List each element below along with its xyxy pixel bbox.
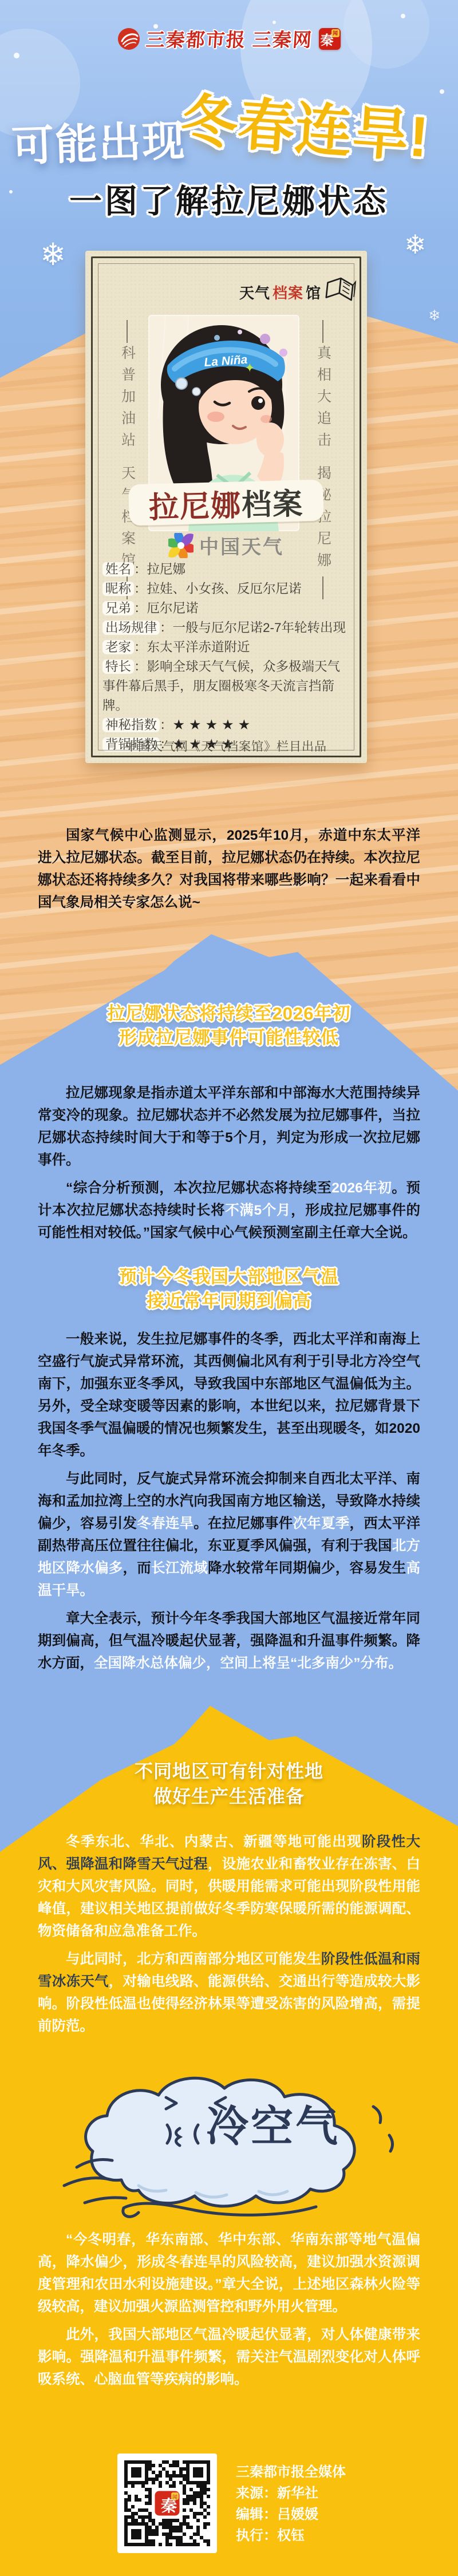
china-weather-name: 中国天气 xyxy=(199,531,284,559)
newspaper-logo-icon xyxy=(117,27,140,50)
svg-text:✦: ✦ xyxy=(244,361,255,375)
field-row: 出场规律：一般与厄尔尼诺2-7年轮转出现 xyxy=(102,618,351,638)
snow-dot xyxy=(440,89,444,94)
text-segment: 2026年初 xyxy=(331,1180,392,1196)
section3-closing-paragraphs: “今冬明春，华东南部、华中东部、华南东部等地气温偏高，降水偏少，形成冬春连旱的风… xyxy=(38,2229,420,2396)
profile-fields: 姓名：拉尼娜 昵称：拉娃、小女孩、反厄尔尼诺 兄弟：厄尔尼诺 出场规律：一般与厄… xyxy=(102,560,351,754)
qr-code-image: 秦 闻 xyxy=(117,2453,217,2553)
credit-line: 执行：权钰 xyxy=(236,2525,346,2546)
heading-line: 预计今冬我国大部地区气温 xyxy=(0,1265,458,1289)
caption-dash xyxy=(322,320,323,343)
field-row: 昵称：拉娃、小女孩、反厄尔尼诺 xyxy=(102,579,351,599)
text-segment: 长江流域 xyxy=(151,1560,208,1576)
text-segment: 冬春连旱 xyxy=(137,1516,194,1531)
text-segment: 此外，我国大部地区气温冷暖起伏显著，对人体健康带来影响。强降温和升温事件频繁，需… xyxy=(38,2327,420,2387)
paragraph: 拉尼娜现象是指赤道太平洋东部和中部海水大范围持续异常变冷的现象。拉尼娜状态并不必… xyxy=(38,1082,420,1171)
field-row: 姓名：拉尼娜 xyxy=(102,560,351,579)
credit-line: 三秦都市报全媒体 xyxy=(236,2462,346,2483)
footer-credits: 三秦都市报全媒体 来源：新华社 编辑：吕媛媛 执行：权钰 xyxy=(236,2462,346,2546)
intro-paragraphs: 国家气候中心监测显示，2025年10月，赤道中东太平洋进入拉尼娜状态。截至目前，… xyxy=(38,824,420,919)
masthead-seal: 秦 闻 xyxy=(319,28,341,50)
field-value: 影响全球天气气候，众多极端天气事件幕后黑手，朋友圈极寒冬天流言挡箭牌。 xyxy=(102,659,340,713)
heading-line: 不同地区可有针对性地 xyxy=(0,1759,458,1784)
text-segment: ，而 xyxy=(123,1560,152,1576)
field-label: 兄弟 xyxy=(102,601,134,615)
snow-dot xyxy=(14,53,19,58)
field-label: 神秘指数 xyxy=(102,718,160,732)
field-label: 出场规律 xyxy=(102,621,160,635)
card-title-plate: 拉尼娜档案 xyxy=(128,480,324,526)
hero-subtitle: 一图了解拉尼娜状态 xyxy=(0,175,458,222)
archive-logo-text-red: 档案 xyxy=(273,282,303,303)
heading-line: 做好生产生活准备 xyxy=(0,1784,458,1809)
heading-line: 接近常年同期到偏高 xyxy=(0,1289,458,1313)
qr-center-logo: 秦 闻 xyxy=(154,2490,180,2516)
field-label: 姓名 xyxy=(102,562,134,576)
paragraph: 与此同时，北方和西南部分地区可能发生阶段性低温和雨雪冰冻天气，对输电线路、能源供… xyxy=(38,1948,420,2037)
card-title-dark: 档案 xyxy=(241,479,304,524)
paragraph: 章大全表示，预计今年冬季我国大部地区气温接近常年同期到偏高，但气温冷暖起伏显著，… xyxy=(38,1607,420,1674)
field-row: 兄弟：厄尔尼诺 xyxy=(102,599,351,618)
paragraph: 与此同时，反气旋式异常环流会抑制来自西北太平洋、南海和孟加拉湾上空的水汽向我国南… xyxy=(38,1468,420,1602)
archive-logo-text: 馆 xyxy=(306,282,321,303)
snowflake-icon: ❄ xyxy=(40,239,66,270)
field-value: 拉尼娜 xyxy=(147,562,186,576)
section1-heading: 拉尼娜状态将持续至2026年初 形成拉尼娜事件可能性较低 xyxy=(0,1002,458,1050)
credit-line: 编辑：吕媛媛 xyxy=(236,2504,346,2525)
qr-code: 秦 闻 xyxy=(117,2453,217,2553)
section3-paragraphs: 冬季东北、华北、内蒙古、新疆等地可能出现阶段性大风、强降温和降雪天气过程，设施农… xyxy=(38,1831,420,2043)
cold-air-cloud: 冷空气 xyxy=(53,2071,419,2220)
archive-logo-text: 天气 xyxy=(239,282,270,303)
masthead: 三秦都市报 三秦网 秦 闻 xyxy=(0,25,458,52)
text-segment: 。在拉尼娜事件 xyxy=(194,1516,293,1531)
field-label: 老家 xyxy=(102,640,134,654)
star-rating: ★★★★★ xyxy=(173,717,255,733)
masthead-title: 三秦都市报 三秦网 xyxy=(145,25,314,52)
snow-dot xyxy=(273,21,276,24)
field-row: 神秘指数：★★★★★ xyxy=(102,716,351,735)
heading-line: 形成拉尼娜事件可能性较低 xyxy=(0,1026,458,1050)
text-segment: 国家气候中心监测显示，2025年10月，赤道中东太平洋进入拉尼娜状态。截至目前，… xyxy=(38,828,420,910)
cold-air-label: 冷空气 xyxy=(206,2093,340,2154)
hero-title-white: 可能出现 xyxy=(10,107,187,174)
china-weather-brand: 中国天气 xyxy=(85,531,367,559)
card-footer-credit: 中国天气网《天气档案馆》栏目出品 xyxy=(85,737,367,754)
field-row: 特长：影响全球天气气候，众多极端天气事件幕后黑手，朋友圈极寒冬天流言挡箭牌。 xyxy=(102,657,351,716)
field-value: 拉娃、小女孩、反厄尔尼诺 xyxy=(147,582,302,596)
infographic-page: ❄ ❄ ❄ ❄ 三秦都市报 三秦网 秦 闻 可能出现 冬春连旱! 一图了解拉尼娜… xyxy=(0,0,458,2576)
section3-heading: 不同地区可有针对性地 做好生产生活准备 xyxy=(0,1759,458,1809)
text-segment: 拉尼娜现象是指赤道太平洋东部和中部海水大范围持续异常变冷的现象。拉尼娜状态并不必… xyxy=(38,1085,420,1168)
paragraph: 此外，我国大部地区气温冷暖起伏显著，对人体健康带来影响。强降温和升温事件频繁，需… xyxy=(38,2324,420,2391)
text-segment: 次年夏季 xyxy=(293,1516,350,1531)
snowflake-icon: ❄ xyxy=(428,308,441,323)
paragraph: “综合分析预测，本次拉尼娜状态将持续至2026年初。预计本次拉尼娜状态持续时长将… xyxy=(38,1177,420,1244)
open-book-icon xyxy=(322,272,357,311)
section1-paragraphs: 拉尼娜现象是指赤道太平洋东部和中部海水大范围持续异常变冷的现象。拉尼娜状态并不必… xyxy=(38,1082,420,1250)
paragraph: 国家气候中心监测显示，2025年10月，赤道中东太平洋进入拉尼娜状态。截至目前，… xyxy=(38,824,420,914)
svg-text:闻: 闻 xyxy=(172,2494,177,2500)
credit-line: 来源：新华社 xyxy=(236,2483,346,2504)
field-label: 昵称 xyxy=(102,582,134,596)
section2-paragraphs: 一般来说，发生拉尼娜事件的冬季，西北太平洋和南海上空盛行气旋式异常环流，其西侧偏… xyxy=(38,1328,420,1680)
seal-corner-character: 闻 xyxy=(331,29,339,37)
paragraph: “今冬明春，华东南部、华中东部、华南东部等地气温偏高，降水偏少，形成冬春连旱的风… xyxy=(38,2229,420,2318)
paragraph: 一般来说，发生拉尼娜事件的冬季，西北太平洋和南海上空盛行气旋式异常环流，其西侧偏… xyxy=(38,1328,420,1462)
text-segment: 降水较常年同期偏少，容易发生 xyxy=(208,1560,406,1576)
china-weather-pinwheel-icon xyxy=(168,533,194,558)
text-segment: “综合分析预测，本次拉尼娜状态将持续至 xyxy=(66,1180,331,1196)
text-segment: 冬季东北、华北、内蒙古、新疆等地可能出现 xyxy=(66,1834,362,1850)
section2-heading: 预计今冬我国大部地区气温 接近常年同期到偏高 xyxy=(0,1265,458,1313)
text-segment: 一般来说，发生拉尼娜事件的冬季，西北太平洋和南海上空盛行气旋式异常环流，其西侧偏… xyxy=(38,1332,420,1459)
la-nina-archive-card: 天气档案馆 科普加油站 天气档案馆 真相大追击 揭秘拉尼娜 xyxy=(85,251,367,763)
snow-dot xyxy=(401,14,405,18)
field-value: 厄尔尼诺 xyxy=(147,601,199,615)
caption-dash xyxy=(127,320,128,343)
field-label: 特长 xyxy=(102,659,134,674)
text-segment: 全国降水总体偏少，空间上将呈“北多南少”分布。 xyxy=(94,1656,402,1671)
field-row: 老家：东太平洋赤道附近 xyxy=(102,638,351,657)
field-value: 东太平洋赤道附近 xyxy=(147,640,250,654)
weather-archive-logo: 天气档案馆 xyxy=(239,274,356,309)
text-segment: 不满5个月 xyxy=(225,1203,291,1218)
field-value: 一般与厄尔尼诺2-7年轮转出现 xyxy=(173,621,346,635)
hero-title-yellow: 冬春连旱! xyxy=(179,75,432,173)
heading-line: 拉尼娜状态将持续至2026年初 xyxy=(0,1002,458,1026)
paragraph: 冬季东北、华北、内蒙古、新疆等地可能出现阶段性大风、强降温和降雪天气过程，设施农… xyxy=(38,1831,420,1942)
text-segment: “今冬明春，华东南部、华中东部、华南东部等地气温偏高，降水偏少，形成冬春连旱的风… xyxy=(38,2232,420,2314)
card-title-red: 拉尼娜 xyxy=(148,481,242,526)
snowflake-icon: ❄ xyxy=(404,231,427,258)
text-segment: 与此同时，北方和西南部分地区可能发生 xyxy=(66,1951,321,1967)
